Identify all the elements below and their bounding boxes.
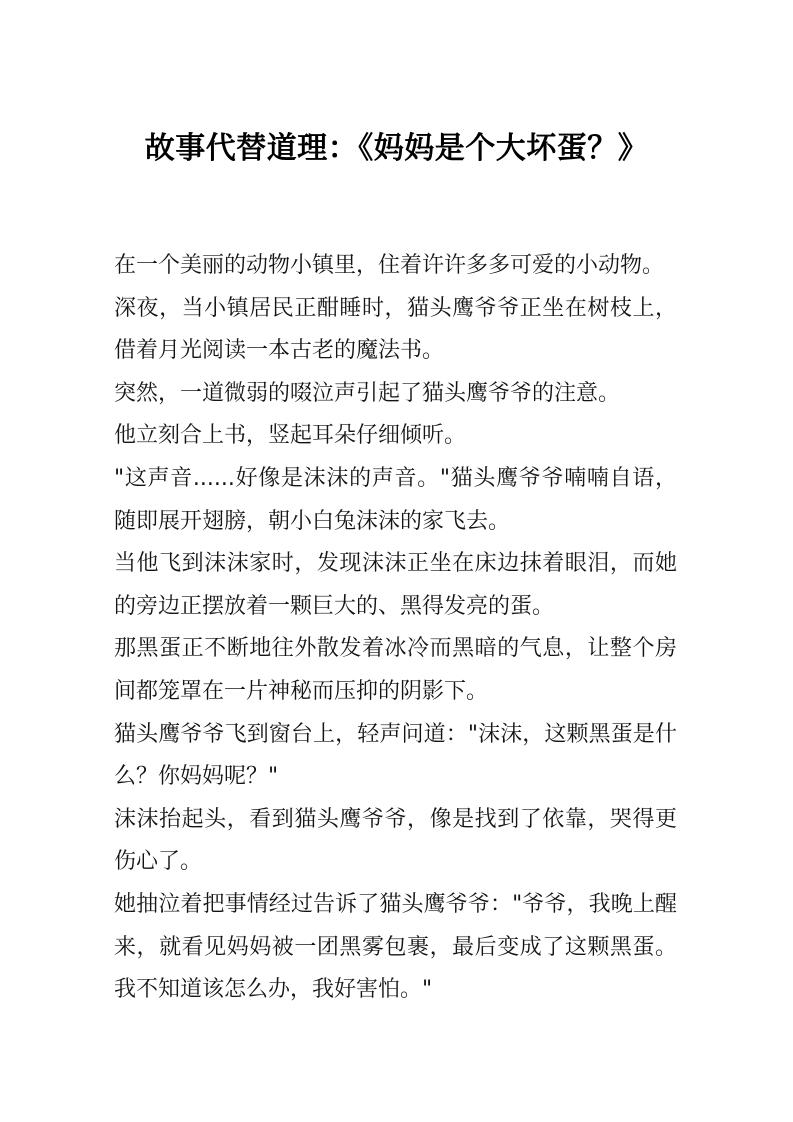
story-paragraph: 他立刻合上书，竖起耳朵仔细倾听。 bbox=[114, 415, 677, 458]
page-title: 故事代替道理：《妈妈是个大坏蛋？》 bbox=[0, 126, 793, 172]
story-paragraph: 在一个美丽的动物小镇里，住着许许多多可爱的小动物。 bbox=[114, 245, 677, 288]
story-paragraph: "这声音......好像是沫沫的声音。"猫头鹰爷爷喃喃自语，随即展开翅膀，朝小白… bbox=[114, 458, 677, 543]
story-paragraph: 她抽泣着把事情经过告诉了猫头鹰爷爷："爷爷，我晚上醒来，就看见妈妈被一团黑雾包裹… bbox=[114, 884, 677, 1012]
story-paragraph: 那黑蛋正不断地往外散发着冰冷而黑暗的气息，让整个房间都笼罩在一片神秘而压抑的阴影… bbox=[114, 628, 677, 713]
story-paragraph: 深夜，当小镇居民正酣睡时，猫头鹰爷爷正坐在树枝上，借着月光阅读一本古老的魔法书。 bbox=[114, 288, 677, 373]
story-paragraph: 沫沫抬起头，看到猫头鹰爷爷，像是找到了依靠，哭得更伤心了。 bbox=[114, 799, 677, 884]
story-paragraph: 当他飞到沫沫家时，发现沫沫正坐在床边抹着眼泪，而她的旁边正摆放着一颗巨大的、黑得… bbox=[114, 543, 677, 628]
story-paragraph: 猫头鹰爷爷飞到窗台上，轻声问道："沫沫，这颗黑蛋是什么？你妈妈呢？" bbox=[114, 714, 677, 799]
story-body: 在一个美丽的动物小镇里，住着许许多多可爱的小动物。 深夜，当小镇居民正酣睡时，猫… bbox=[114, 245, 677, 1012]
document-page: 故事代替道理：《妈妈是个大坏蛋？》 在一个美丽的动物小镇里，住着许许多多可爱的小… bbox=[0, 0, 793, 1122]
story-paragraph: 突然，一道微弱的啜泣声引起了猫头鹰爷爷的注意。 bbox=[114, 373, 677, 416]
